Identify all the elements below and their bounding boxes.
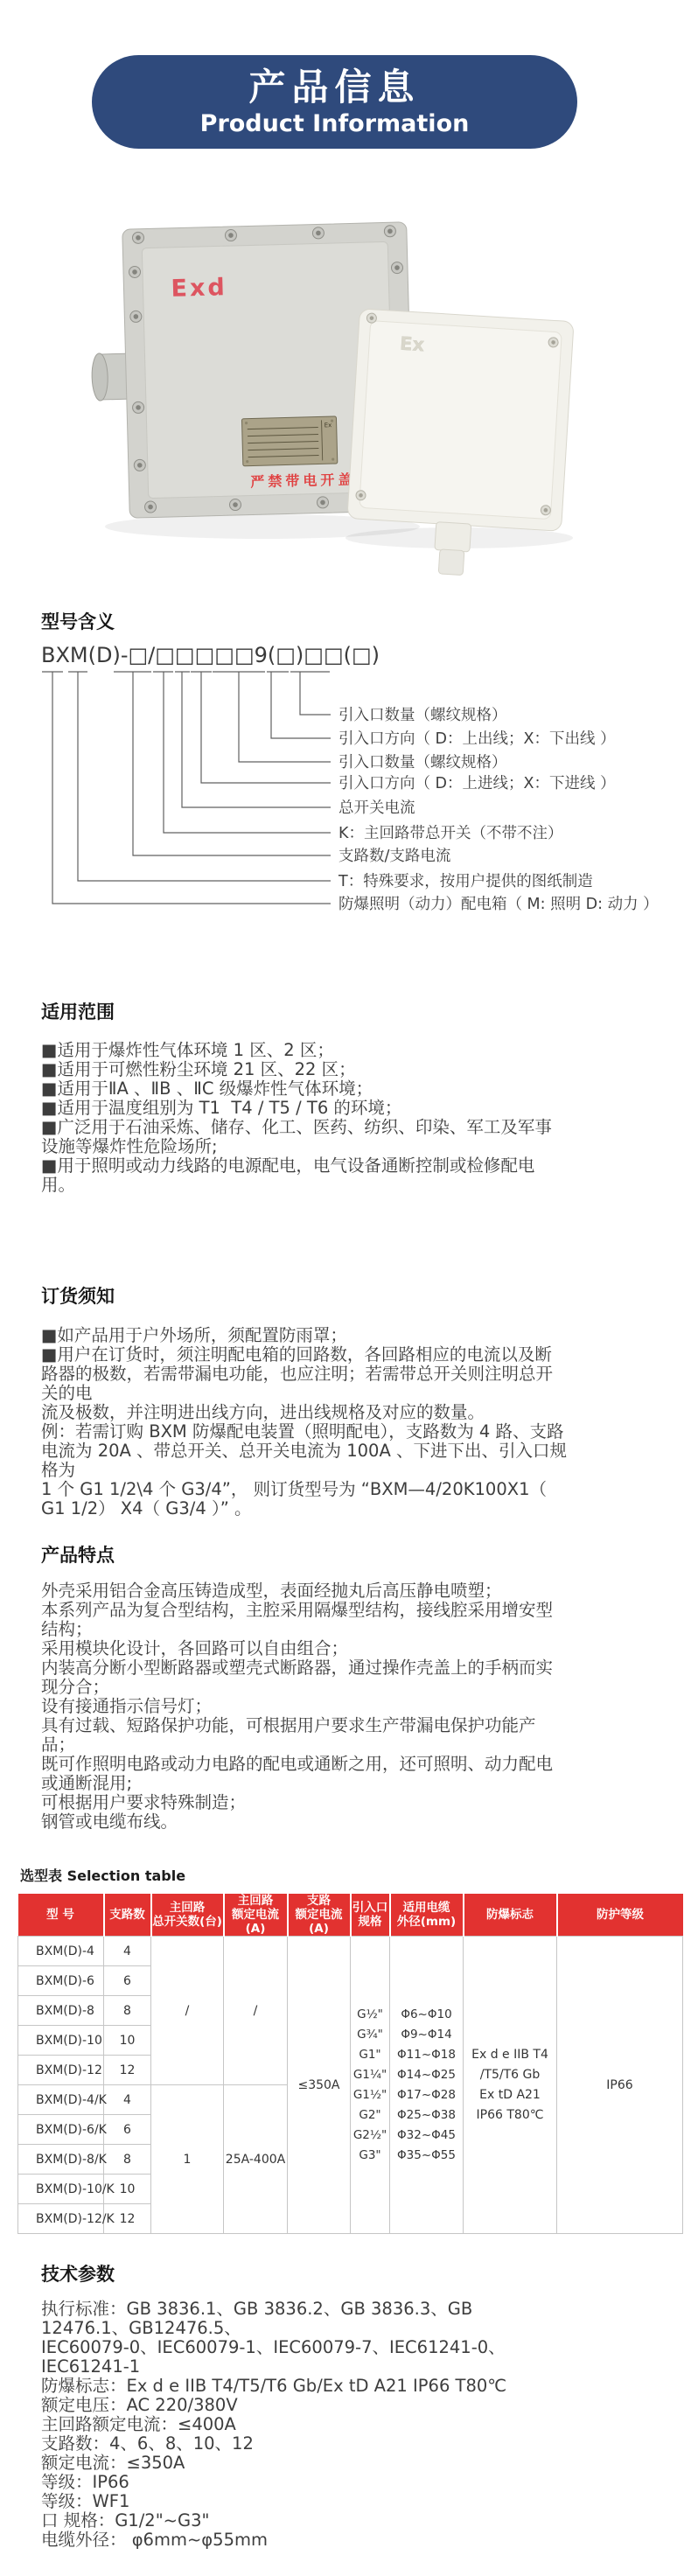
cell-branches: 6 [104, 2115, 151, 2145]
screw-icon [312, 227, 324, 239]
code-label: 引入口数量（螺纹规格） [339, 753, 507, 771]
text-line: 外壳采用铝合金高压铸造成型，表面经抛丸后高压静电喷塑； [41, 1581, 671, 1601]
inlet-spec: G1½" [351, 2085, 389, 2105]
section-heading-ordering: 订货须知 [41, 1287, 115, 1307]
text-line: 设有接通指示信号灯； [41, 1697, 671, 1716]
product-nameplate: Ex [241, 416, 337, 466]
connector-line [271, 672, 331, 738]
text-line: IEC60079-0、IEC60079-1、IEC60079-7、IEC6124… [41, 2338, 671, 2357]
connector-line [182, 672, 331, 807]
cell-cable-diameters: Φ6~Φ10 Φ9~Φ14 Φ11~Φ18 Φ14~Φ25 Φ17~Φ28 Φ2… [390, 1937, 464, 2234]
col-header-inlet-spec: 引入口 规格 [351, 1894, 390, 1937]
page-subtitle: Product Information [200, 110, 470, 138]
code-label: 防爆照明（动力）配电箱（ M: 照明 D: 动力 ） [339, 896, 659, 913]
col-header-ex-mark: 防爆标志 [464, 1894, 557, 1937]
banner: 产品信息 Product Information [92, 55, 577, 149]
col-header-branches: 支路数 [104, 1894, 151, 1937]
text-line: 钢管或电缆布线。 [41, 1812, 671, 1832]
screw-icon [129, 266, 140, 277]
cable-diameter: Φ32~Φ45 [390, 2126, 463, 2146]
bottom-gland-upper [435, 522, 471, 552]
bottom-gland-lower [438, 549, 464, 576]
cable-diameter: Φ11~Φ18 [390, 2045, 463, 2065]
text-line: 品； [41, 1735, 671, 1755]
text-line: 具有过载、短路保护功能，可根据用户要求生产带漏电保护功能产 [41, 1716, 671, 1735]
text-line: 可根据用户要求特殊制造； [41, 1793, 671, 1812]
code-label: 引入口数量（螺纹规格） [339, 706, 507, 724]
text-line: 采用模块化设计，各回路可以自由组合； [41, 1639, 671, 1658]
col-header-main-current: 主回路 额定电流(A) [224, 1894, 288, 1937]
text-line: 执行标准：GB 3836.1、GB 3836.2、GB 3836.3、GB [41, 2300, 671, 2319]
table-header-row: 型 号 支路数 主回路 总开关数(台) 主回路 额定电流(A) 支路 额定电流(… [18, 1894, 683, 1937]
ex-mark-line: /T5/T6 Gb [464, 2065, 556, 2085]
page-title: 产品信息 [248, 66, 420, 108]
screw-icon [541, 505, 551, 515]
ex-mark-line: IP66 T80℃ [464, 2105, 556, 2126]
text-line: 额定电流：≤350A [41, 2454, 671, 2473]
right-box-cover [359, 321, 562, 520]
text-line: 例：若需订购 BXM 防爆配电装置（照明配电），支路数为 4 路、支路 [41, 1422, 671, 1442]
cell-main-current-group2: 25A-400A [224, 2085, 288, 2234]
col-header-cable-diameter: 适用电缆 外径(mm) [390, 1894, 464, 1937]
application-text: ■适用于爆炸性气体环境 1 区、2 区； ■适用于可燃性粉尘环境 21 区、22… [41, 1041, 671, 1195]
text-line: ■如产品用于户外场所，须配置防雨罩； [41, 1326, 671, 1345]
text-line: ■适用于爆炸性气体环境 1 区、2 区； [41, 1041, 671, 1060]
text-line: 支路数：4、6、8、10、12 [41, 2434, 671, 2454]
connector-line [78, 672, 331, 881]
cell-model: BXM(D)-8/K [18, 2145, 104, 2175]
code-label: K：主回路带总开关（不带不注） [339, 825, 562, 842]
text-line: 现分合； [41, 1678, 671, 1697]
code-label: 总开关电流 [339, 799, 415, 817]
col-header-main-switch: 主回路 总开关数(台) [151, 1894, 224, 1937]
text-line: 关的电 [41, 1384, 671, 1403]
connector-line [52, 672, 331, 904]
text-line: ■广泛用于石油采炼、储存、化工、医药、纺织、印染、军工及军事 [41, 1118, 671, 1137]
connector-line [300, 672, 331, 715]
text-line: ■用于照明或动力线路的电源配电，电气设备通断控制或检修配电 [41, 1156, 671, 1176]
text-line: 1 个 G1 1/2\4 个 G3/4”， 则订货型号为 “BXM—4/20K1… [41, 1480, 671, 1499]
text-line: 格为 [41, 1461, 671, 1480]
text-line: 既可作照明电路或动力电路的配电或通断之用，还可照明、动力配电 [41, 1755, 671, 1774]
code-label: 支路数/支路电流 [339, 848, 450, 865]
cell-branches: 4 [104, 1937, 151, 1966]
cell-branches: 10 [104, 2026, 151, 2056]
cell-model: BXM(D)-12/K [18, 2204, 104, 2234]
cell-main-current-group1: / [224, 1937, 288, 2085]
screw-icon [134, 459, 145, 471]
text-line: 电缆外径： φ6mm~φ55mm [41, 2531, 671, 2550]
text-line: 本系列产品为复合型结构，主腔采用隔爆型结构，接线腔采用增安型 [41, 1601, 671, 1620]
selection-table: 型 号 支路数 主回路 总开关数(台) 主回路 额定电流(A) 支路 额定电流(… [17, 1894, 683, 2234]
inlet-spec: G1¼" [351, 2065, 389, 2085]
cell-protection: IP66 [557, 1937, 683, 2234]
cell-branches: 8 [104, 1996, 151, 2026]
text-line: 结构； [41, 1620, 671, 1639]
text-line: 路器的极数，若需带漏电功能，也应注明；若需带总开关则注明总开 [41, 1365, 671, 1384]
cable-diameter: Φ25~Φ38 [390, 2105, 463, 2126]
screw-icon [356, 490, 366, 500]
code-label: 引入口方向（ D：上进线；X：下进线 ） [339, 775, 616, 792]
text-line: 设施等爆炸性危险场所; [41, 1137, 671, 1156]
cable-diameter: Φ14~Φ25 [390, 2065, 463, 2085]
cell-branches: 6 [104, 1966, 151, 1996]
inlet-spec: G¾" [351, 2025, 389, 2045]
text-line: ■适用于ⅡA 、ⅡB 、ⅡC 级爆炸性气体环境； [41, 1079, 671, 1099]
text-line: 内装高分断小型断路器或塑壳式断路器，通过操作壳盖上的手柄而实 [41, 1658, 671, 1678]
table-row: BXM(D)-4 4 / / ≤350A G½" G¾" G1" G1¼" G1… [18, 1937, 683, 1966]
product-info-page: 产品信息 Product Information Exd [0, 0, 691, 2576]
screw-icon [144, 501, 156, 513]
screw-icon [317, 497, 328, 508]
cable-diameter: Φ17~Φ28 [390, 2085, 463, 2105]
selection-table-label: 选型表 Selection table [20, 1865, 185, 1885]
text-line: ■适用于可燃性粉尘环境 21 区、22 区； [41, 1060, 671, 1079]
model-designation-diagram: BXM(D)-□/□□□□□9(□)□□(□) 引入口数量（螺纹规格） 引入口方… [0, 637, 691, 918]
text-line: 等级：IP66 [41, 2473, 671, 2492]
ex-marking-text: Ex [399, 333, 425, 356]
col-header-protection: 防护等级 [557, 1894, 683, 1937]
inlet-spec: G3" [351, 2146, 389, 2166]
screw-icon [225, 229, 236, 241]
product-photo: Exd Ex 严禁带电开盖 [0, 201, 691, 577]
connector-line [133, 672, 331, 855]
exd-marking-text: Exd [171, 274, 227, 303]
cell-ex-mark: Ex d e IIB T4 /T5/T6 Gb Ex tD A21 IP66 T… [464, 1937, 557, 2234]
text-line: 防爆标志：Ex d e IIB T4/T5/T6 Gb/Ex tD A21 IP… [41, 2377, 671, 2396]
cell-model: BXM(D)-8 [18, 1996, 104, 2026]
connector-line [201, 672, 331, 783]
text-line: 或通断混用; [41, 1774, 671, 1793]
section-heading-model-meaning: 型号含义 [41, 612, 115, 632]
cell-inlet-specs: G½" G¾" G1" G1¼" G1½" G2" G2½" G3" [351, 1937, 390, 2234]
cell-branch-current: ≤350A [288, 1937, 351, 2234]
cell-model: BXM(D)-6/K [18, 2115, 104, 2145]
cell-branches: 4 [104, 2085, 151, 2115]
text-line: 12476.1、GB12476.5、 [41, 2319, 671, 2338]
section-heading-features: 产品特点 [41, 1546, 115, 1566]
cell-model: BXM(D)-6 [18, 1966, 104, 1996]
screw-icon [366, 313, 377, 324]
inlet-spec: G2" [351, 2105, 389, 2126]
connector-line [164, 672, 331, 833]
cell-main-switch-group1: / [151, 1937, 224, 2085]
screw-icon [132, 401, 143, 413]
cable-diameter: Φ9~Φ14 [390, 2025, 463, 2045]
warning-text: 严禁带电开盖 [250, 471, 355, 490]
screw-icon [229, 499, 241, 510]
screw-icon [548, 338, 559, 348]
cable-diameter: Φ35~Φ55 [390, 2146, 463, 2166]
text-line: 等级：WF1 [41, 2492, 671, 2511]
text-line: ■适用于温度组别为 T1 T4 / T5 / T6 的环境； [41, 1099, 671, 1118]
ordering-text: ■如产品用于户外场所，须配置防雨罩； ■用户在订货时，须注明配电箱的回路数，各回… [41, 1326, 671, 1518]
cell-model: BXM(D)-4 [18, 1937, 104, 1966]
section-heading-application: 适用范围 [41, 1002, 115, 1023]
ex-mark-line: Ex tD A21 [464, 2085, 556, 2105]
ex-mark-line: Ex d e IIB T4 [464, 2045, 556, 2065]
inlet-spec: G2½" [351, 2126, 389, 2146]
features-text: 外壳采用铝合金高压铸造成型，表面经抛丸后高压静电喷塑； 本系列产品为复合型结构，… [41, 1581, 671, 1832]
cell-model: BXM(D)-12 [18, 2056, 104, 2085]
section-heading-tech-params: 技术参数 [41, 2265, 115, 2285]
connector-line [239, 672, 331, 762]
cable-diameter: Φ6~Φ10 [390, 2005, 463, 2025]
tech-params-text: 执行标准：GB 3836.1、GB 3836.2、GB 3836.3、GB 12… [41, 2300, 671, 2550]
col-header-model: 型 号 [18, 1894, 104, 1937]
text-line: 口 规格：G1/2"~G3" [41, 2511, 671, 2531]
cell-main-switch-group2: 1 [151, 2085, 224, 2234]
text-line: G1 1/2） X4（ G3/4 ）” 。 [41, 1499, 671, 1518]
cell-model: BXM(D)-4/K [18, 2085, 104, 2115]
text-line: 用。 [41, 1176, 671, 1195]
screw-icon [130, 311, 142, 322]
code-label: T：特殊要求，按用户提供的图纸制造 [338, 872, 593, 890]
text-line: 额定电压：AC 220/380V [41, 2396, 671, 2415]
model-code: BXM(D)-□/□□□□□9(□)□□(□) [41, 643, 380, 667]
text-line: IEC61241-1 [41, 2357, 671, 2377]
inlet-spec: G1" [351, 2045, 389, 2065]
inlet-spec: G½" [351, 2005, 389, 2025]
cell-branches: 8 [104, 2145, 151, 2175]
cell-branches: 12 [104, 2056, 151, 2085]
nameplate-ex-text: Ex [325, 422, 332, 429]
col-header-branch-current: 支路 额定电流(A) [288, 1894, 351, 1937]
text-line: ■用户在订货时，须注明配电箱的回路数，各回路相应的电流以及断 [41, 1345, 671, 1365]
text-line: 流及极数，并注明进出线方向，进出线规格及对应的数量。 [41, 1403, 671, 1422]
code-label: 引入口方向（ D：上出线；X：下出线 ） [339, 730, 616, 748]
cell-model: BXM(D)-10 [18, 2026, 104, 2056]
nameplate-plate [241, 416, 337, 466]
cell-model: BXM(D)-10/K [18, 2175, 104, 2204]
screw-icon [384, 226, 395, 237]
text-line: 主回路额定电流：≤400A [41, 2415, 671, 2434]
text-line: 电流为 20A 、带总开关、总开关电流为 100A 、下进下出、引入口规 [41, 1442, 671, 1461]
screw-icon [132, 232, 143, 243]
screw-icon [391, 262, 402, 273]
